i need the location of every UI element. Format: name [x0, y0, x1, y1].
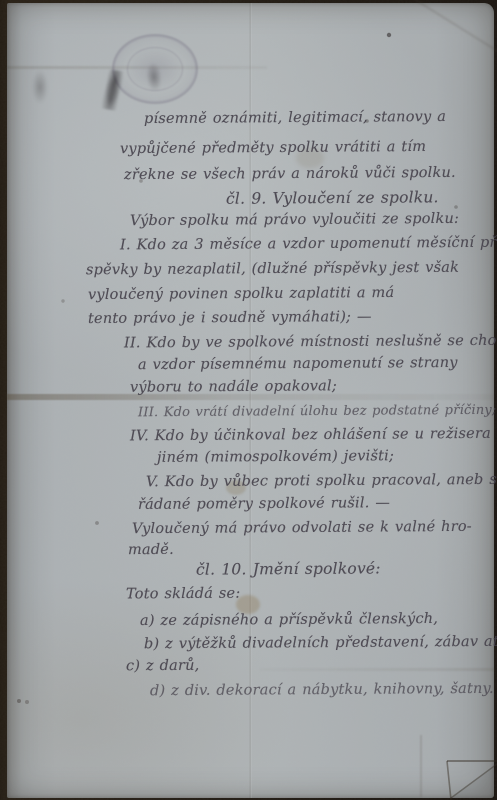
ink-specks — [0, 0, 2, 2]
manuscript-line: Vyloučený má právo odvolati se k valné h… — [132, 519, 472, 537]
manuscript-line: řádané poměry spolkové rušil. — — [138, 495, 390, 513]
document-photo: písemně oznámiti, legitimací, stanovy a … — [0, 0, 497, 800]
list-item-d: d) z div. dekorací a nábytku, knihovny, … — [150, 681, 494, 699]
list-item-IV: IV. Kdo by účinkoval bez ohlášení se u r… — [130, 426, 497, 445]
manuscript-line: výboru to nadále opakoval; — [130, 378, 337, 395]
manuscript-line: Výbor spolku má právo vyloučiti ze spolk… — [130, 211, 459, 229]
list-item-b: b) z výtěžků divadelních představení, zá… — [144, 634, 497, 653]
manuscript-line: spěvky by nezaplatil, (dlužné příspěvky … — [86, 260, 459, 279]
list-item-II: II. Kdo by ve spolkové místnosti neslušn… — [124, 333, 497, 352]
manuscript-line: jiném (mimospolkovém) jevišti; — [157, 448, 394, 466]
list-item-V: V. Kdo by vůbec proti spolku pracoval, a… — [146, 472, 497, 491]
manuscript-line: vypůjčené předměty spolku vrátiti a tím — [120, 139, 426, 157]
list-item-III: III. Kdo vrátí divadelní úlohu bez podst… — [138, 403, 497, 421]
manuscript-line: Toto skládá se: — [126, 586, 241, 603]
article-10-heading: čl. 10. Jmění spolkové: — [196, 559, 381, 578]
article-9-heading: čl. 9. Vyloučení ze spolku. — [226, 188, 439, 207]
manuscript-line: a vzdor písemnému napomenutí se strany — [138, 355, 458, 373]
circular-ink-stamp — [112, 34, 198, 104]
list-item-c: c) z darů, — [126, 658, 200, 675]
list-item-a: a) ze zápisného a příspěvků členských, — [140, 611, 438, 629]
manuscript-line: písemně oznámiti, legitimací, stanovy a — [144, 109, 446, 127]
manuscript-line: madě. — [128, 542, 174, 558]
manuscript-line: vyloučený povinen spolku zaplatiti a má — [88, 285, 394, 303]
manuscript-line: tento právo je i soudně vymáhati); — — [88, 309, 372, 327]
manuscript-line: zřekne se všech práv a nároků vůči spolk… — [124, 165, 456, 183]
list-item-I: I. Kdo za 3 měsíce a vzdor upomenutí měs… — [120, 235, 497, 254]
